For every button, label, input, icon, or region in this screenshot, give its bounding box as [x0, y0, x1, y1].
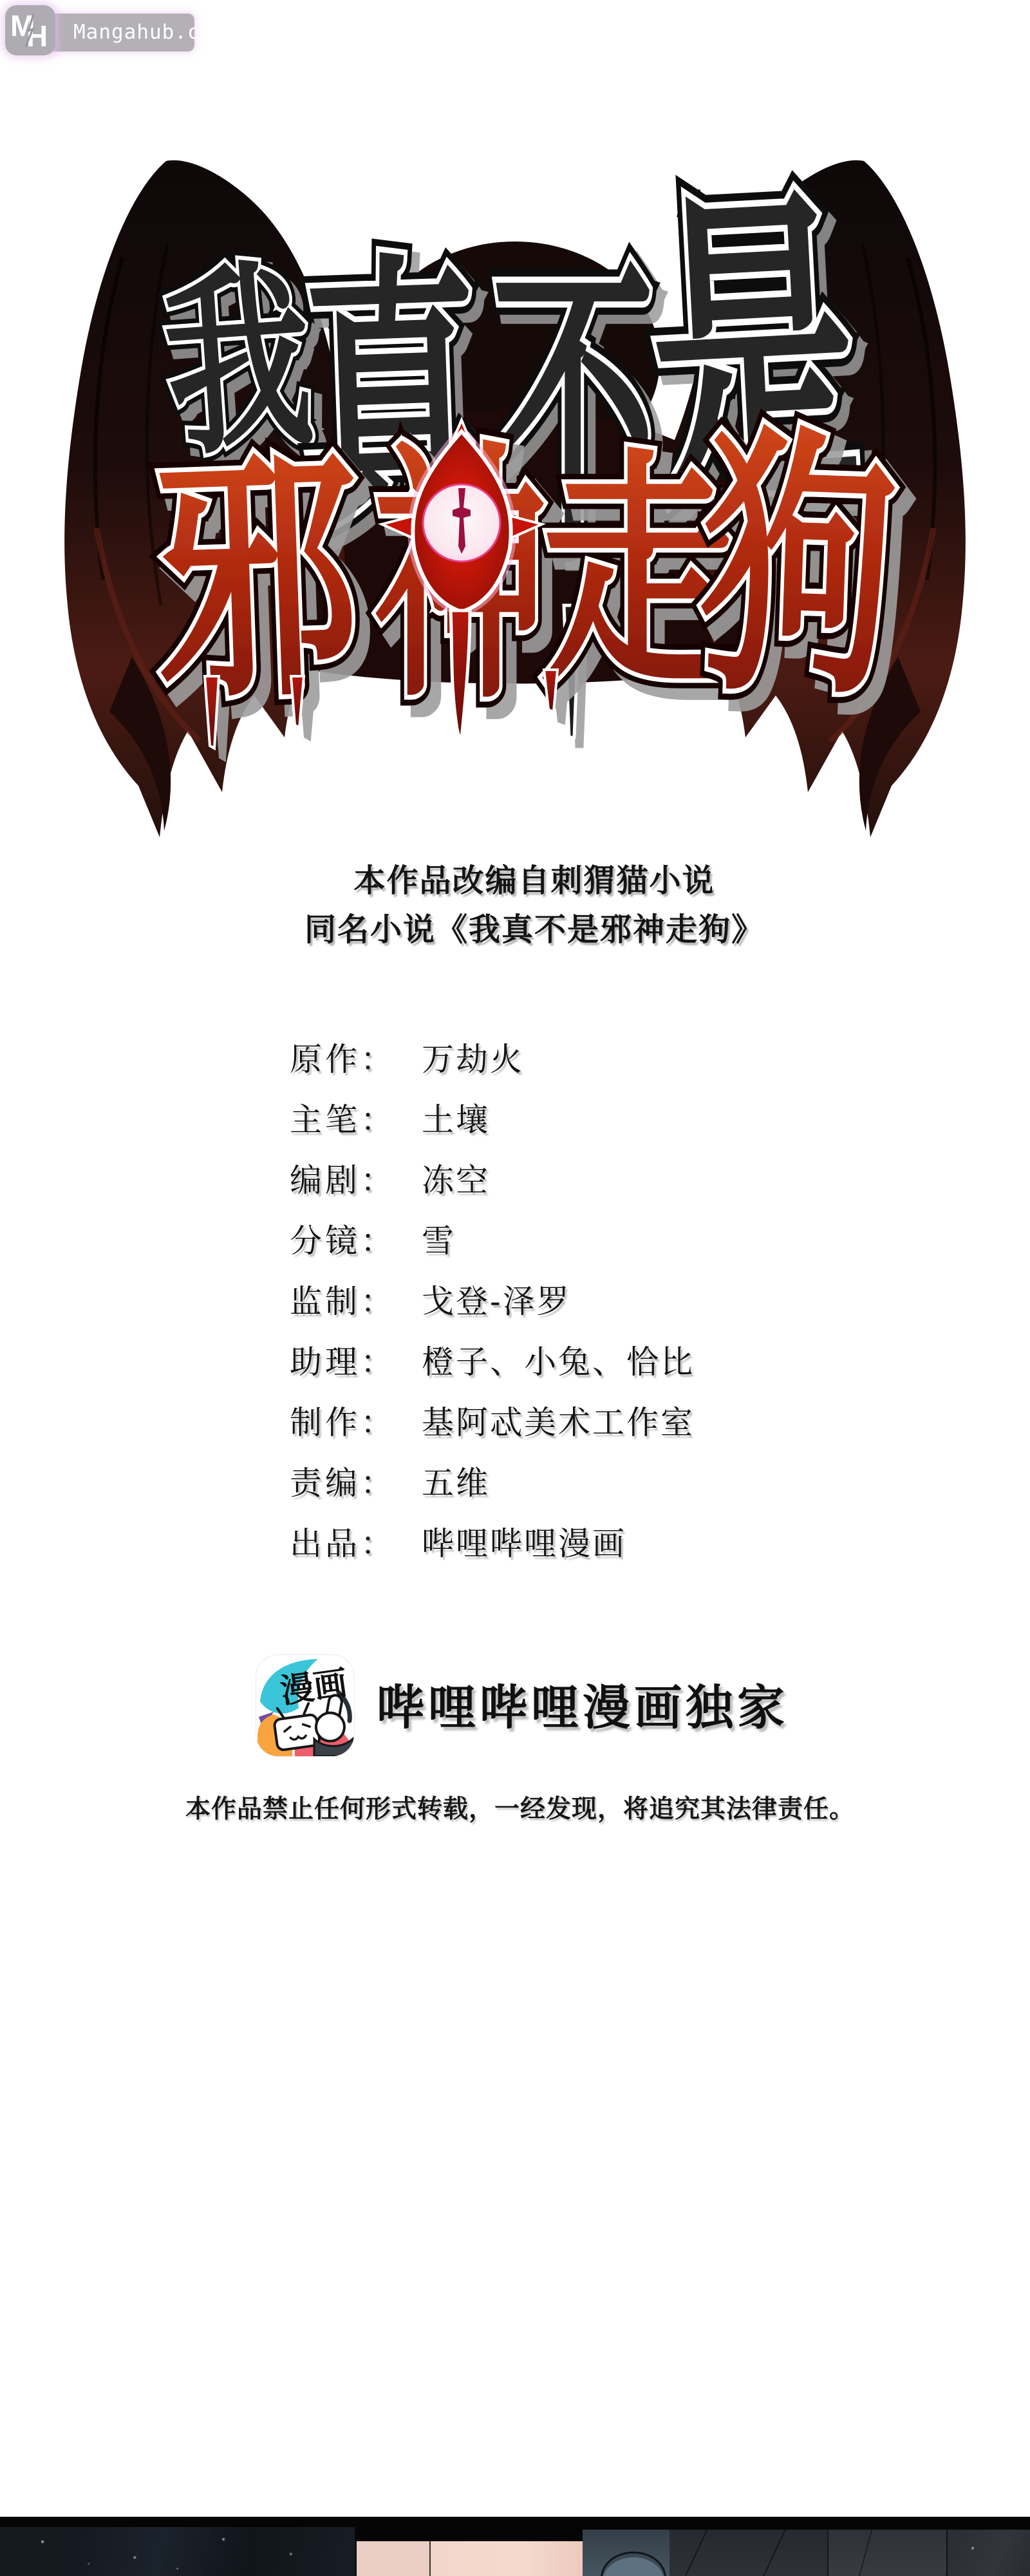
credit-label: 编剧：: [290, 1150, 422, 1211]
panel-skin-column-2: [429, 2541, 586, 2576]
credit-row-lead-artist: 主笔： 土壤: [290, 1090, 695, 1150]
staff-credits: 原作： 万劫火 主笔： 土壤 编剧： 冻空 分镜： 雪 监制： 戈登-泽罗 助理…: [290, 1029, 695, 1574]
bilibili-manga-icon-art: 漫画: [256, 1655, 354, 1756]
next-panel-sliver: [0, 2517, 1030, 2576]
credit-label: 主笔：: [290, 1090, 422, 1150]
legal-disclaimer: 本作品禁止任何形式转载，一经发现，将追究其法律责任。: [5, 1789, 1030, 1825]
credit-label: 监制：: [290, 1271, 422, 1332]
adaptation-line-1: 本作品改编自刺猬猫小说: [19, 857, 1030, 905]
credit-row-supervisor: 监制： 戈登-泽罗: [290, 1271, 695, 1332]
credit-row-screenwriter: 编剧： 冻空: [290, 1150, 695, 1211]
panel-dark-wall-3: [946, 2530, 1030, 2576]
credit-label: 出品：: [290, 1513, 422, 1574]
panel-dark-wall-2: [827, 2530, 948, 2576]
credit-label: 制作：: [290, 1392, 422, 1453]
panel-dark-wall-1: [669, 2530, 827, 2576]
credit-row-original: 原作： 万劫火: [290, 1029, 695, 1090]
credit-row-storyboard: 分镜： 雪: [290, 1211, 695, 1271]
panel-skin-column-1: [355, 2541, 431, 2576]
bilibili-manga-app-icon: 漫画: [256, 1655, 354, 1756]
title-red-text: 邪 邪 邪 神 神 神 走 走 走 狗 狗 狗: [151, 409, 901, 748]
title-logo-art: 我 我 我 真 真 真 不 不 不 是 是 是: [0, 129, 1030, 837]
credit-label: 助理：: [290, 1332, 422, 1392]
credit-value: 冻空: [422, 1150, 490, 1211]
credit-value: 哔哩哔哩漫画: [422, 1513, 626, 1574]
credit-label: 责编：: [290, 1453, 422, 1513]
watermark-banner: Mangahub.cc: [39, 14, 194, 52]
credit-row-production: 制作： 基阿忒美术工作室: [290, 1392, 695, 1453]
comic-title-page: Mangahub.cc M H: [0, 0, 1030, 2576]
mh-monogram-icon: M H: [5, 5, 55, 55]
credit-value: 土壤: [422, 1090, 490, 1150]
credit-value: 雪: [422, 1211, 456, 1271]
credit-value: 万劫火: [422, 1029, 524, 1090]
credit-value: 戈登-泽罗: [422, 1271, 571, 1332]
credit-value: 五维: [422, 1453, 490, 1513]
watermark-logo-badge: M H: [5, 5, 55, 55]
credit-value: 基阿忒美术工作室: [422, 1392, 695, 1453]
credit-row-editor: 责编： 五维: [290, 1453, 695, 1513]
panel-blue-fabric: [583, 2530, 669, 2576]
svg-text:狗: 狗: [697, 409, 901, 728]
series-title-logo: 我 我 我 真 真 真 不 不 不 是 是 是: [0, 129, 1030, 837]
credit-row-publisher: 出品： 哔哩哔哩漫画: [290, 1513, 695, 1574]
credit-label: 分镜：: [290, 1211, 422, 1271]
adaptation-note: 本作品改编自刺猬猫小说 同名小说《我真不是邪神走狗》: [19, 857, 1030, 954]
svg-text:邪: 邪: [151, 431, 364, 730]
watermark-site-text: Mangahub.cc: [73, 14, 212, 52]
panel-night-sky: [0, 2527, 355, 2576]
adaptation-line-2: 同名小说《我真不是邪神走狗》: [19, 905, 1030, 954]
credit-row-assistants: 助理： 橙子、小兔、恰比: [290, 1332, 695, 1392]
credit-value: 橙子、小兔、恰比: [422, 1332, 695, 1392]
exclusive-publisher-line: 哔哩哔哩漫画独家: [377, 1674, 789, 1741]
credit-label: 原作：: [290, 1029, 422, 1090]
